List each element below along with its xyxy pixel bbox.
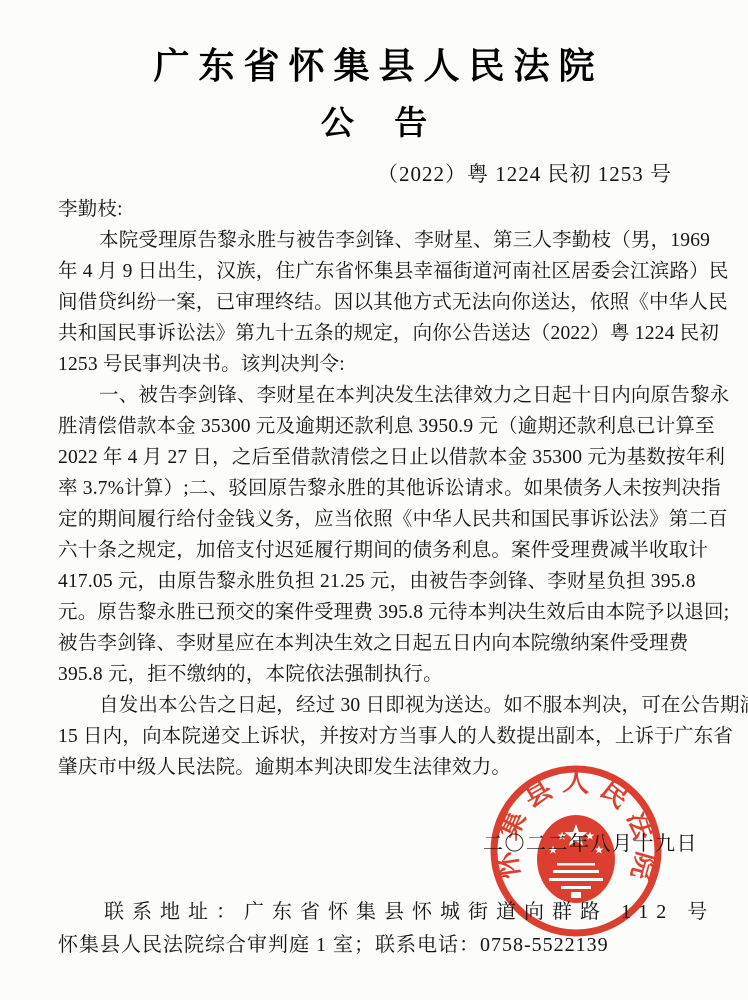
salutation-line: 李勤枝: [58, 194, 718, 225]
body-line: 2022 年 4 月 27 日，之后至借款清偿之日止以借款本金 35300 元为… [58, 442, 718, 473]
body-line: 共和国民事诉讼法》第九十五条的规定，向你公告送达（2022）粤 1224 民初 [58, 318, 718, 349]
body-line: 率 3.7%计算）;二、驳回原告黎永胜的其他诉讼请求。如果债务人未按判决指 [58, 473, 718, 504]
body-line: 417.05 元，由原告黎永胜负担 21.25 元，由被告李剑锋、李财星负担 3… [58, 566, 718, 597]
court-name-title: 广东省怀集县人民法院 [0, 38, 748, 89]
body-line: 定的期间履行给付金钱义务，应当依照《中华人民共和国民事诉讼法》第二百 [58, 504, 718, 535]
body-line: 被告李剑锋、李财星应在本判决生效之日起五日内向本院缴纳案件受理费 [58, 628, 718, 659]
announcement-body: 李勤枝: 本院受理原告黎永胜与被告李剑锋、李财星、第三人李勤枝（男，1969 年… [58, 194, 718, 783]
court-announcement-page: 广东省怀集县人民法院 公 告 （2022）粤 1224 民初 1253 号 李勤… [0, 0, 748, 1000]
body-line: 一、被告李剑锋、李财星在本判决发生法律效力之日起十日内向原告黎永 [58, 380, 718, 411]
body-line: 自发出本公告之日起，经过 30 日即视为送达。如不服本判决，可在公告期满后 [58, 690, 718, 721]
body-line: 年 4 月 9 日出生，汉族，住广东省怀集县幸福街道河南社区居委会江滨路）民 [58, 256, 718, 287]
contact-phone: 怀集县人民法院综合审判庭 1 室；联系电话：0758-5522139 [58, 929, 718, 962]
issue-date: 二〇二二年八月十九日 [483, 827, 698, 856]
body-line: 元。原告黎永胜已预交的案件受理费 395.8 元待本判决生效后由本院予以退回; [58, 597, 718, 628]
body-line: 本院受理原告黎永胜与被告李剑锋、李财星、第三人李勤枝（男，1969 [58, 225, 718, 256]
body-line: 六十条之规定，加倍支付迟延履行期间的债务利息。案件受理费减半收取计 [58, 535, 718, 566]
document-type-title: 公 告 [0, 97, 748, 144]
body-line: 395.8 元，拒不缴纳的，本院依法强制执行。 [58, 659, 718, 690]
case-number: （2022）粤 1224 民初 1253 号 [377, 158, 672, 188]
contact-address: 联系地址：广东省怀集县怀城街道向群路 112 号 [58, 896, 718, 929]
contact-info: 联系地址：广东省怀集县怀城街道向群路 112 号 怀集县人民法院综合审判庭 1 … [58, 896, 718, 962]
body-line: 1253 号民事判决书。该判决判令: [58, 349, 718, 380]
body-line: 间借贷纠纷一案，已审理终结。因以其他方式无法向你送达，依照《中华人民 [58, 287, 718, 318]
body-line: 15 日内，向本院递交上诉状，并按对方当事人的人数提出副本，上诉于广东省 [58, 721, 718, 752]
body-line: 胜清偿借款本金 35300 元及逾期还款利息 3950.9 元（逾期还款利息已计… [58, 411, 718, 442]
